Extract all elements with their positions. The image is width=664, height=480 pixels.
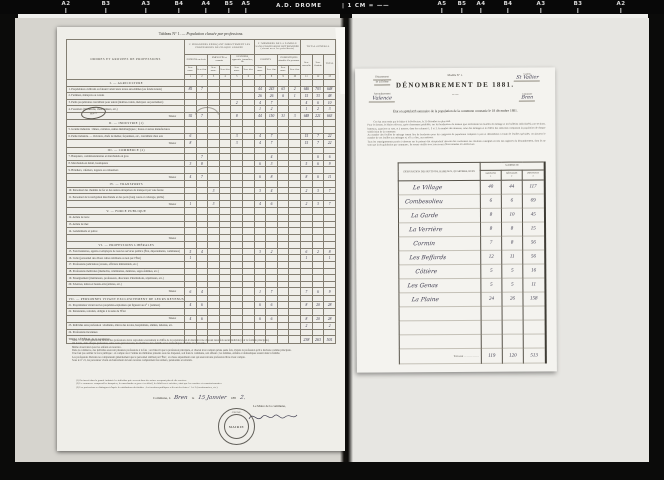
row-cell bbox=[231, 275, 243, 282]
row-cell: 3 bbox=[266, 160, 278, 167]
row-cell bbox=[277, 167, 289, 174]
individus-cell: 158 bbox=[523, 292, 545, 306]
row-cell bbox=[312, 262, 324, 269]
row-cell bbox=[301, 147, 313, 154]
row-cell bbox=[289, 275, 301, 282]
row-cell bbox=[312, 268, 324, 275]
row-cell bbox=[208, 255, 220, 262]
row-cell: 648 bbox=[301, 112, 313, 119]
ruler-tick bbox=[65, 8, 66, 13]
row-cell bbox=[289, 173, 301, 180]
row-cell: 8 bbox=[301, 315, 313, 322]
row-cell bbox=[243, 160, 255, 167]
row-cell bbox=[266, 281, 278, 288]
row-cell bbox=[277, 234, 289, 241]
row-cell bbox=[277, 221, 289, 228]
row-label: 5. Grande industrie : mines, carrières, … bbox=[67, 126, 185, 133]
empty-cell bbox=[502, 306, 523, 320]
table-row-total: Totaux47688611 bbox=[67, 173, 336, 180]
row-cell bbox=[219, 281, 231, 288]
date-prefix: le bbox=[192, 396, 194, 400]
row-cell bbox=[266, 194, 278, 201]
row-cell bbox=[243, 181, 255, 188]
row-cell: 4 bbox=[196, 248, 208, 255]
row-cell: 6 bbox=[312, 99, 324, 106]
row-cell: 7 bbox=[312, 133, 324, 140]
row-cell bbox=[324, 215, 336, 222]
row-cell bbox=[289, 315, 301, 322]
empty-cell bbox=[399, 320, 481, 335]
row-cell bbox=[254, 228, 266, 235]
row-cell bbox=[277, 208, 289, 215]
totals-maisons: 119 bbox=[481, 348, 502, 363]
row-cell: 1 bbox=[324, 255, 336, 262]
ruler-tick bbox=[145, 8, 146, 13]
row-cell bbox=[219, 329, 231, 336]
ruler-label: A2 bbox=[62, 1, 71, 7]
row-cell bbox=[312, 281, 324, 288]
row-cell: 20 bbox=[312, 302, 324, 309]
row-cell: 8 bbox=[301, 302, 313, 309]
row-cell bbox=[243, 242, 255, 249]
subgroup-header: PATRONS ou chefs bbox=[185, 55, 208, 66]
row-cell bbox=[219, 120, 231, 127]
menages-cell: 8 bbox=[502, 222, 523, 236]
row-cell bbox=[301, 221, 313, 228]
hameau-row: Les Genas5511 bbox=[399, 278, 545, 293]
row-label: Totaux bbox=[67, 173, 185, 180]
row-cell bbox=[301, 281, 313, 288]
row-cell bbox=[208, 295, 220, 302]
row-cell bbox=[324, 268, 336, 275]
row-cell bbox=[196, 120, 208, 127]
row-cell bbox=[208, 268, 220, 275]
row-cell: 3 bbox=[231, 133, 243, 140]
row-cell bbox=[277, 242, 289, 249]
row-cell: 2 bbox=[301, 322, 313, 329]
row-cell bbox=[312, 126, 324, 133]
row-cell bbox=[231, 201, 243, 208]
maisons-cell: 12 bbox=[481, 250, 502, 264]
table-row-section: I. — AGRICULTURE bbox=[67, 80, 336, 87]
row-cell bbox=[243, 248, 255, 255]
row-cell bbox=[266, 295, 278, 302]
row-cell bbox=[196, 133, 208, 140]
maisons-cell: 8 bbox=[480, 208, 501, 222]
mairie-round-stamp: · DROME · MAIRIE bbox=[218, 408, 255, 445]
row-cell: 3 bbox=[185, 160, 197, 167]
row-cell bbox=[196, 322, 208, 329]
row-label: V. — FORCE PUBLIQUE bbox=[67, 208, 185, 215]
row-cell bbox=[219, 302, 231, 309]
row-cell bbox=[219, 221, 231, 228]
row-cell: 1 bbox=[254, 106, 266, 113]
row-cell: 4 bbox=[185, 315, 197, 322]
row-cell bbox=[219, 160, 231, 167]
row-cell bbox=[208, 93, 220, 100]
row-cell bbox=[266, 167, 278, 174]
hameau-name-handwritten: Côtière bbox=[415, 269, 438, 275]
row-cell bbox=[208, 234, 220, 241]
row-cell: 4 bbox=[254, 140, 266, 147]
row-cell bbox=[301, 154, 313, 161]
menages-cell: 26 bbox=[502, 292, 523, 306]
ruler-label: A4 bbox=[202, 1, 211, 7]
row-cell bbox=[289, 248, 301, 255]
row-cell bbox=[324, 181, 336, 188]
row-cell: 28 bbox=[324, 302, 336, 309]
row-cell bbox=[243, 106, 255, 113]
row-label: 14. Gendarmerie et police bbox=[67, 228, 185, 235]
row-cell bbox=[208, 194, 220, 201]
hameau-name-cell: Cormin bbox=[399, 236, 481, 251]
ruler-label: B3 bbox=[574, 1, 583, 7]
commune-handwritten: Bren bbox=[174, 395, 188, 401]
table-row-row: 8. Marchands en détail, boutiquiers38635… bbox=[67, 160, 336, 167]
row-label: 12. Armée de terre bbox=[67, 215, 185, 222]
row-cell bbox=[219, 126, 231, 133]
row-label: 16. Culte (personnel des divers cultes r… bbox=[67, 255, 185, 262]
row-cell bbox=[277, 262, 289, 269]
table-body: Le Village4044117Combesolieu6669La Garde… bbox=[398, 180, 545, 364]
totals-row: Totaux ..............119120513 bbox=[399, 348, 545, 364]
header-row-groups: ORDRES ET GROUPES DE PROFESSIONS1° PERSO… bbox=[67, 40, 336, 55]
count-column-number: 1 bbox=[481, 175, 501, 178]
sex-fem-header: Sexe fém. bbox=[219, 66, 231, 75]
row-cell bbox=[196, 295, 208, 302]
row-cell bbox=[254, 262, 266, 269]
row-cell: 2 bbox=[266, 106, 278, 113]
row-cell bbox=[196, 242, 208, 249]
row-cell bbox=[231, 187, 243, 194]
row-cell bbox=[254, 126, 266, 133]
row-cell bbox=[231, 262, 243, 269]
row-cell bbox=[254, 322, 266, 329]
row-cell bbox=[185, 147, 197, 154]
row-label: Totaux bbox=[67, 288, 185, 295]
row-cell bbox=[277, 215, 289, 222]
row-cell bbox=[289, 208, 301, 215]
row-cell bbox=[324, 281, 336, 288]
row-cell: 26 bbox=[266, 93, 278, 100]
table-row-row: 16. Culte (personnel des divers cultes r… bbox=[67, 255, 336, 262]
profession-column-header: ORDRES ET GROUPES DE PROFESSIONS bbox=[67, 40, 185, 80]
row-cell: 9 bbox=[324, 288, 336, 295]
row-cell bbox=[266, 80, 278, 87]
row-cell bbox=[277, 160, 289, 167]
stamp-inner-circle: MAIRIE bbox=[224, 414, 249, 439]
row-cell bbox=[219, 208, 231, 215]
row-cell: 7 bbox=[266, 99, 278, 106]
row-cell bbox=[185, 268, 197, 275]
empty-row bbox=[399, 320, 545, 335]
row-cell: 6 bbox=[312, 160, 324, 167]
row-cell bbox=[231, 93, 243, 100]
row-cell: 22 bbox=[324, 140, 336, 147]
row-cell: 15 bbox=[301, 133, 313, 140]
row-cell bbox=[219, 295, 231, 302]
row-cell bbox=[185, 93, 197, 100]
individus-cell: 56 bbox=[523, 236, 545, 250]
row-cell bbox=[208, 262, 220, 269]
row-cell bbox=[219, 93, 231, 100]
total-sub-header: Sexe masculin bbox=[301, 55, 313, 75]
row-cell bbox=[243, 167, 255, 174]
row-cell bbox=[243, 262, 255, 269]
row-label: 17. Professions judiciaires (avoués, off… bbox=[67, 262, 185, 269]
row-cell bbox=[301, 329, 313, 336]
hameau-name-cell: Les Beffards bbox=[399, 250, 481, 265]
row-cell bbox=[277, 268, 289, 275]
row-cell bbox=[185, 295, 197, 302]
row-cell bbox=[301, 295, 313, 302]
row-cell bbox=[208, 181, 220, 188]
row-cell: 6 bbox=[196, 302, 208, 309]
hameau-name-handwritten: Combesolieu bbox=[404, 199, 443, 205]
table-row-row: 10. Personnel des chemins de fer et des … bbox=[67, 187, 336, 194]
hameau-name-handwritten: La Garde bbox=[411, 213, 439, 219]
row-cell bbox=[312, 242, 324, 249]
row-label: Totaux bbox=[67, 140, 185, 147]
row-cell bbox=[208, 322, 220, 329]
table-row-row: 3. Petits propriétaires travaillant pour… bbox=[67, 99, 336, 106]
row-cell bbox=[324, 329, 336, 336]
row-cell bbox=[219, 215, 231, 222]
row-cell bbox=[231, 80, 243, 87]
row-cell bbox=[196, 228, 208, 235]
row-cell bbox=[289, 201, 301, 208]
row-cell: 7 bbox=[312, 140, 324, 147]
individus-cell: 11 bbox=[523, 278, 545, 292]
row-cell bbox=[277, 173, 289, 180]
row-cell bbox=[266, 208, 278, 215]
ruler-tick bbox=[461, 8, 462, 13]
row-cell bbox=[243, 234, 255, 241]
hameau-name-cell: La Plaine bbox=[399, 292, 481, 307]
empty-cell bbox=[523, 306, 545, 320]
table-row-row: 17. Professions judiciaires (avoués, off… bbox=[67, 262, 336, 269]
row-cell: 7 bbox=[266, 288, 278, 295]
row-cell bbox=[277, 248, 289, 255]
count-column-header: MÉNAGES2 bbox=[501, 170, 522, 180]
row-cell bbox=[243, 215, 255, 222]
ruler-label: A5 bbox=[242, 1, 251, 7]
row-cell bbox=[289, 99, 301, 106]
row-cell bbox=[289, 262, 301, 269]
row-label: 7. Banquiers, commissionnaires et marcha… bbox=[67, 154, 185, 161]
row-cell bbox=[289, 106, 301, 113]
row-cell bbox=[208, 228, 220, 235]
row-cell: 2 bbox=[289, 86, 301, 93]
row-cell: 48 bbox=[324, 93, 336, 100]
row-cell bbox=[243, 86, 255, 93]
row-cell bbox=[324, 80, 336, 87]
row-cell bbox=[196, 126, 208, 133]
row-cell: 3 bbox=[231, 140, 243, 147]
table-row-total: Totaux466682028 bbox=[67, 315, 336, 322]
row-label: 20. Sciences, lettres et beaux-arts (art… bbox=[67, 281, 185, 288]
row-cell bbox=[243, 275, 255, 282]
row-cell bbox=[254, 268, 266, 275]
row-cell bbox=[219, 322, 231, 329]
maisons-cell: 24 bbox=[481, 292, 502, 306]
ruler-tick bbox=[480, 8, 481, 13]
sex-fem-header: Sexe fém. bbox=[266, 66, 278, 75]
row-cell bbox=[185, 187, 197, 194]
row-cell bbox=[324, 221, 336, 228]
row-cell bbox=[185, 181, 197, 188]
row-cell: 3 bbox=[208, 187, 220, 194]
group3-header: TOTAL GÉNÉRAL bbox=[301, 40, 336, 55]
row-cell bbox=[219, 255, 231, 262]
row-cell bbox=[289, 242, 301, 249]
row-cell bbox=[254, 181, 266, 188]
row-cell bbox=[208, 248, 220, 255]
row-cell bbox=[231, 106, 243, 113]
row-cell bbox=[231, 315, 243, 322]
row-cell bbox=[231, 308, 243, 315]
row-cell: 7 bbox=[266, 140, 278, 147]
row-cell bbox=[243, 147, 255, 154]
row-cell bbox=[243, 133, 255, 140]
empty-cell bbox=[481, 306, 502, 320]
row-cell bbox=[301, 268, 313, 275]
row-cell bbox=[289, 147, 301, 154]
table-body: I. — AGRICULTURE1. Propriétaires cultiva… bbox=[67, 80, 336, 344]
row-cell bbox=[231, 208, 243, 215]
row-cell bbox=[243, 201, 255, 208]
row-cell bbox=[231, 120, 243, 127]
row-cell bbox=[196, 234, 208, 241]
table-row-total: Totaux834715722 bbox=[67, 140, 336, 147]
table-row-row: 11. Personnel de la navigation marchande… bbox=[67, 194, 336, 201]
row-cell bbox=[312, 234, 324, 241]
row-cell bbox=[312, 147, 324, 154]
row-cell bbox=[254, 208, 266, 215]
row-cell bbox=[219, 242, 231, 249]
row-cell bbox=[196, 281, 208, 288]
row-cell bbox=[289, 215, 301, 222]
row-cell bbox=[219, 228, 231, 235]
row-cell: 10 bbox=[324, 99, 336, 106]
hameau-row: Le Village4044117 bbox=[398, 180, 544, 195]
row-cell: 6 bbox=[324, 154, 336, 161]
row-cell bbox=[231, 242, 243, 249]
row-cell bbox=[243, 140, 255, 147]
ruler-label: A3 bbox=[142, 1, 151, 7]
row-cell bbox=[208, 315, 220, 322]
row-cell: 2 bbox=[324, 322, 336, 329]
table-row-row: 13. Armée de mer bbox=[67, 221, 336, 228]
sex-fem-header: Sexe fém. bbox=[196, 66, 208, 75]
totals-label: Totaux .............. bbox=[399, 348, 481, 364]
row-cell bbox=[243, 80, 255, 87]
row-cell bbox=[289, 160, 301, 167]
totals-individus: 513 bbox=[523, 348, 545, 363]
row-cell bbox=[196, 181, 208, 188]
row-cell bbox=[219, 154, 231, 161]
row-label: 15. Fonctionnaires, agents et employés d… bbox=[67, 248, 185, 255]
row-cell bbox=[301, 120, 313, 127]
row-cell bbox=[219, 187, 231, 194]
row-cell bbox=[312, 308, 324, 315]
row-cell bbox=[219, 268, 231, 275]
row-cell bbox=[266, 268, 278, 275]
maisons-cell: 5 bbox=[481, 264, 502, 278]
row-cell bbox=[289, 133, 301, 140]
row-cell bbox=[289, 268, 301, 275]
ruler-label: B3 bbox=[102, 1, 111, 7]
row-cell bbox=[219, 173, 231, 180]
group1-header: 1° PERSONNES EXERÇANT DIRECTEMENT LES PR… bbox=[185, 40, 255, 55]
hameau-row: La Garde81045 bbox=[398, 208, 544, 223]
row-cell: 150 bbox=[266, 112, 278, 119]
row-cell bbox=[231, 147, 243, 154]
row-cell bbox=[208, 140, 220, 147]
row-cell: 4 bbox=[254, 133, 266, 140]
row-cell bbox=[219, 308, 231, 315]
row-cell: 3 bbox=[254, 187, 266, 194]
ruler-label: B4 bbox=[175, 1, 184, 7]
row-cell bbox=[266, 255, 278, 262]
row-cell bbox=[231, 154, 243, 161]
empty-row bbox=[399, 306, 545, 321]
table-head: ORDRES ET GROUPES DE PROFESSIONS1° PERSO… bbox=[67, 40, 336, 80]
scale-label: | 1 CM = —— bbox=[342, 3, 389, 9]
row-cell bbox=[254, 120, 266, 127]
row-cell bbox=[266, 262, 278, 269]
row-cell: 2 bbox=[301, 187, 313, 194]
row-cell bbox=[301, 262, 313, 269]
row-cell bbox=[289, 281, 301, 288]
row-cell bbox=[312, 194, 324, 201]
row-cell bbox=[301, 126, 313, 133]
row-cell bbox=[231, 167, 243, 174]
date-handwritten: 15 Janvier bbox=[198, 395, 227, 401]
empty-cell bbox=[523, 334, 545, 348]
row-cell bbox=[324, 208, 336, 215]
row-cell bbox=[301, 80, 313, 87]
row-label: 2. Fermiers, métayers ou colons bbox=[67, 93, 185, 100]
row-cell bbox=[196, 262, 208, 269]
row-cell: 8 bbox=[266, 173, 278, 180]
row-label: 23. Individus sans profession : étudiant… bbox=[67, 322, 185, 329]
row-label: 13. Armée de mer bbox=[67, 221, 185, 228]
row-cell bbox=[277, 288, 289, 295]
row-cell bbox=[208, 302, 220, 309]
row-cell: 3 bbox=[324, 106, 336, 113]
row-cell bbox=[231, 221, 243, 228]
table-row-total: Totaux bbox=[67, 234, 336, 241]
maisons-cell: 5 bbox=[481, 278, 502, 292]
row-cell bbox=[312, 167, 324, 174]
hameau-row: Combesolieu6669 bbox=[398, 194, 544, 209]
hameau-name-cell: La Verrière bbox=[399, 222, 481, 237]
row-cell bbox=[185, 167, 197, 174]
subgroup-header: DOMESTIQUES attachés à la personne bbox=[277, 55, 300, 66]
row-cell bbox=[254, 80, 266, 87]
row-cell bbox=[208, 120, 220, 127]
row-cell bbox=[277, 187, 289, 194]
instruction-line: Tous les renseignements portés ci-dessou… bbox=[368, 139, 546, 147]
row-cell: 1 bbox=[185, 201, 197, 208]
row-cell bbox=[219, 288, 231, 295]
row-cell bbox=[324, 242, 336, 249]
row-cell bbox=[196, 268, 208, 275]
row-cell bbox=[185, 80, 197, 87]
row-cell bbox=[196, 275, 208, 282]
row-cell bbox=[266, 322, 278, 329]
